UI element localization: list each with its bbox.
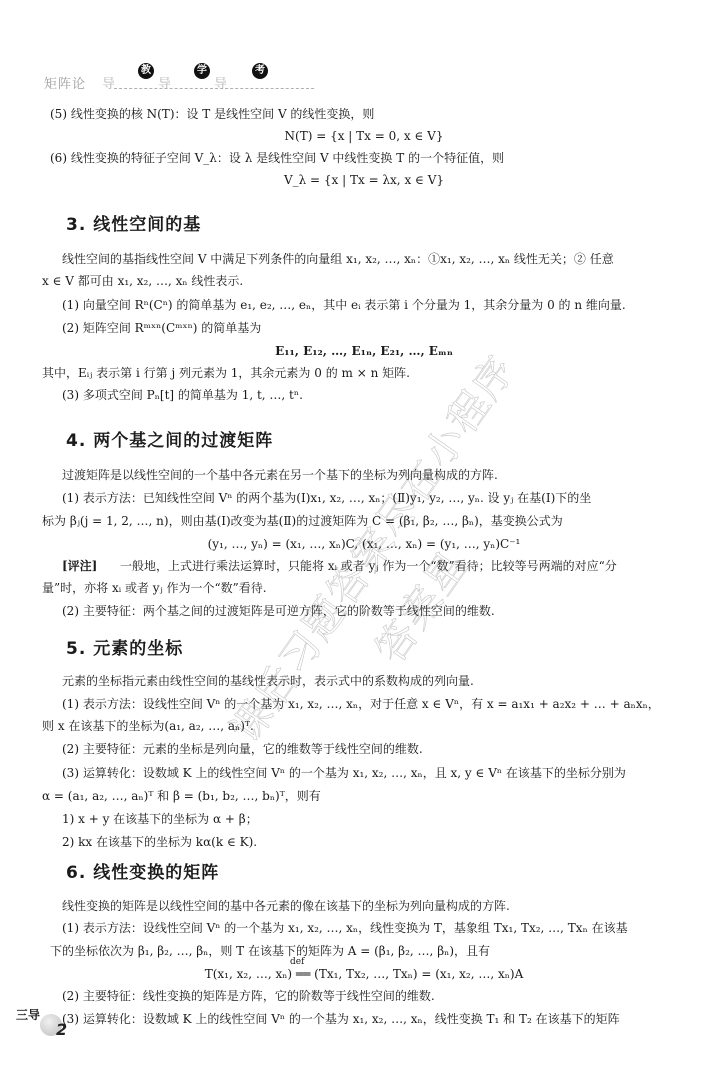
badge-jiao-icon: 教: [138, 63, 154, 79]
note-text-cont: 量”时，亦将 xᵢ 或者 yⱼ 作为一个“数”看待.: [42, 580, 267, 596]
sec5-item-3: (3) 运算转化：设数域 K 上的线性空间 Vⁿ 的一个基为 x₁, x₂, ……: [62, 765, 626, 781]
page-number: 2: [56, 1020, 67, 1039]
section-4-title: 4. 两个基之间的过渡矩阵: [66, 426, 273, 451]
sec6-item-1: (1) 表示方法：设线性空间 Vⁿ 的一个基为 x₁, x₂, …, xₙ，线性…: [62, 920, 628, 936]
document-page: 矩阵论 导 教 导 学 导 考 (5) 线性变换的核 N(T)：设 T 是线性空…: [0, 0, 728, 1074]
section-3-title: 3. 线性空间的基: [66, 210, 201, 235]
sec5-item-1: (1) 表示方法：设线性空间 Vⁿ 的一个基为 x₁, x₂, …, xₙ，对于…: [62, 696, 660, 712]
section-6-title: 6. 线性变换的矩阵: [66, 858, 219, 883]
sec3-item-2-note: 其中，Eᵢⱼ 表示第 i 行第 j 列元素为 1，其余元素为 0 的 m × n…: [42, 365, 410, 381]
equation-kernel: N(T) = {x | Tx = 0, x ∈ V}: [0, 128, 728, 144]
sec6-item-1-cont: 下的坐标依次为 β₁, β₂, …, βₙ，则 T 在该基下的矩阵为 A = (…: [50, 943, 490, 959]
sec3-para: 线性空间的基指线性空间 V 中满足下列条件的向量组 x₁, x₂, …, xₙ：…: [62, 251, 614, 267]
equation-eigenspace: V_λ = {x | Tx = λx, x ∈ V}: [0, 172, 728, 188]
sec4-item-1-cont: 标为 βⱼ(j = 1, 2, …, n)，则由基(Ⅰ)改变为基(Ⅱ)的过渡矩阵…: [42, 513, 563, 529]
running-header: 矩阵论 导 教 导 学 导 考: [40, 55, 300, 85]
item-kernel: (5) 线性变换的核 N(T)：设 T 是线性空间 V 的线性变换，则: [50, 106, 374, 122]
badge-xue-icon: 学: [194, 63, 210, 79]
sec6-para: 线性变换的矩阵是以线性空间的基中各元素的像在该基下的坐标为列向量构成的方阵.: [62, 898, 510, 914]
sec6-item-3: (3) 运算转化：设数域 K 上的线性空间 Vⁿ 的一个基为 x₁, x₂, ……: [62, 1011, 620, 1027]
sec3-item-3: (3) 多项式空间 Pₙ[t] 的简单基为 1, t, …, tⁿ.: [62, 387, 303, 403]
sec3-equation: E₁₁, E₁₂, …, E₁ₙ, E₂₁, …, Eₘₙ: [0, 343, 728, 359]
page-footer: 三导 2: [16, 1006, 76, 1046]
sec5-sub-2: 2) kx 在该基下的坐标为 kα(k ∈ K).: [62, 834, 257, 850]
footer-label: 三导: [16, 1006, 40, 1023]
header-rule: [114, 88, 314, 90]
item-eigenspace: (6) 线性变换的特征子空间 V_λ：设 λ 是线性空间 V 中线性变换 T 的…: [50, 150, 504, 166]
sec5-item-3-cont: α = (a₁, a₂, …, aₙ)ᵀ 和 β = (b₁, b₂, …, b…: [42, 788, 321, 804]
sec4-item-1: (1) 表示方法：已知线性空间 Vⁿ 的两个基为(Ⅰ)x₁, x₂, …, xₙ…: [62, 490, 591, 506]
sec5-sub-1: 1) x + y 在该基下的坐标为 α + β；: [62, 811, 258, 827]
book-title: 矩阵论: [44, 73, 86, 92]
note-label: [评注]: [62, 558, 97, 574]
sec6-equation: T(x₁, x₂, …, xₙ) ══ (Tx₁, Tx₂, …, Txₙ) =…: [0, 966, 728, 982]
sec3-item-2: (2) 矩阵空间 Rᵐˣⁿ(Cᵐˣⁿ) 的简单基为: [62, 320, 261, 336]
sec5-item-2: (2) 主要特征：元素的坐标是列向量，它的维数等于线性空间的维数.: [62, 741, 423, 757]
section-5-title: 5. 元素的坐标: [66, 634, 183, 659]
sec3-para-cont: x ∈ V 都可由 x₁, x₂, …, xₙ 线性表示.: [42, 273, 243, 289]
badge-kao-icon: 考: [252, 63, 268, 79]
sec6-item-2: (2) 主要特征：线性变换的矩阵是方阵，它的阶数等于线性空间的维数.: [62, 988, 435, 1004]
sec3-item-1: (1) 向量空间 Rⁿ(Cⁿ) 的简单基为 e₁, e₂, …, eₙ，其中 e…: [62, 297, 626, 313]
